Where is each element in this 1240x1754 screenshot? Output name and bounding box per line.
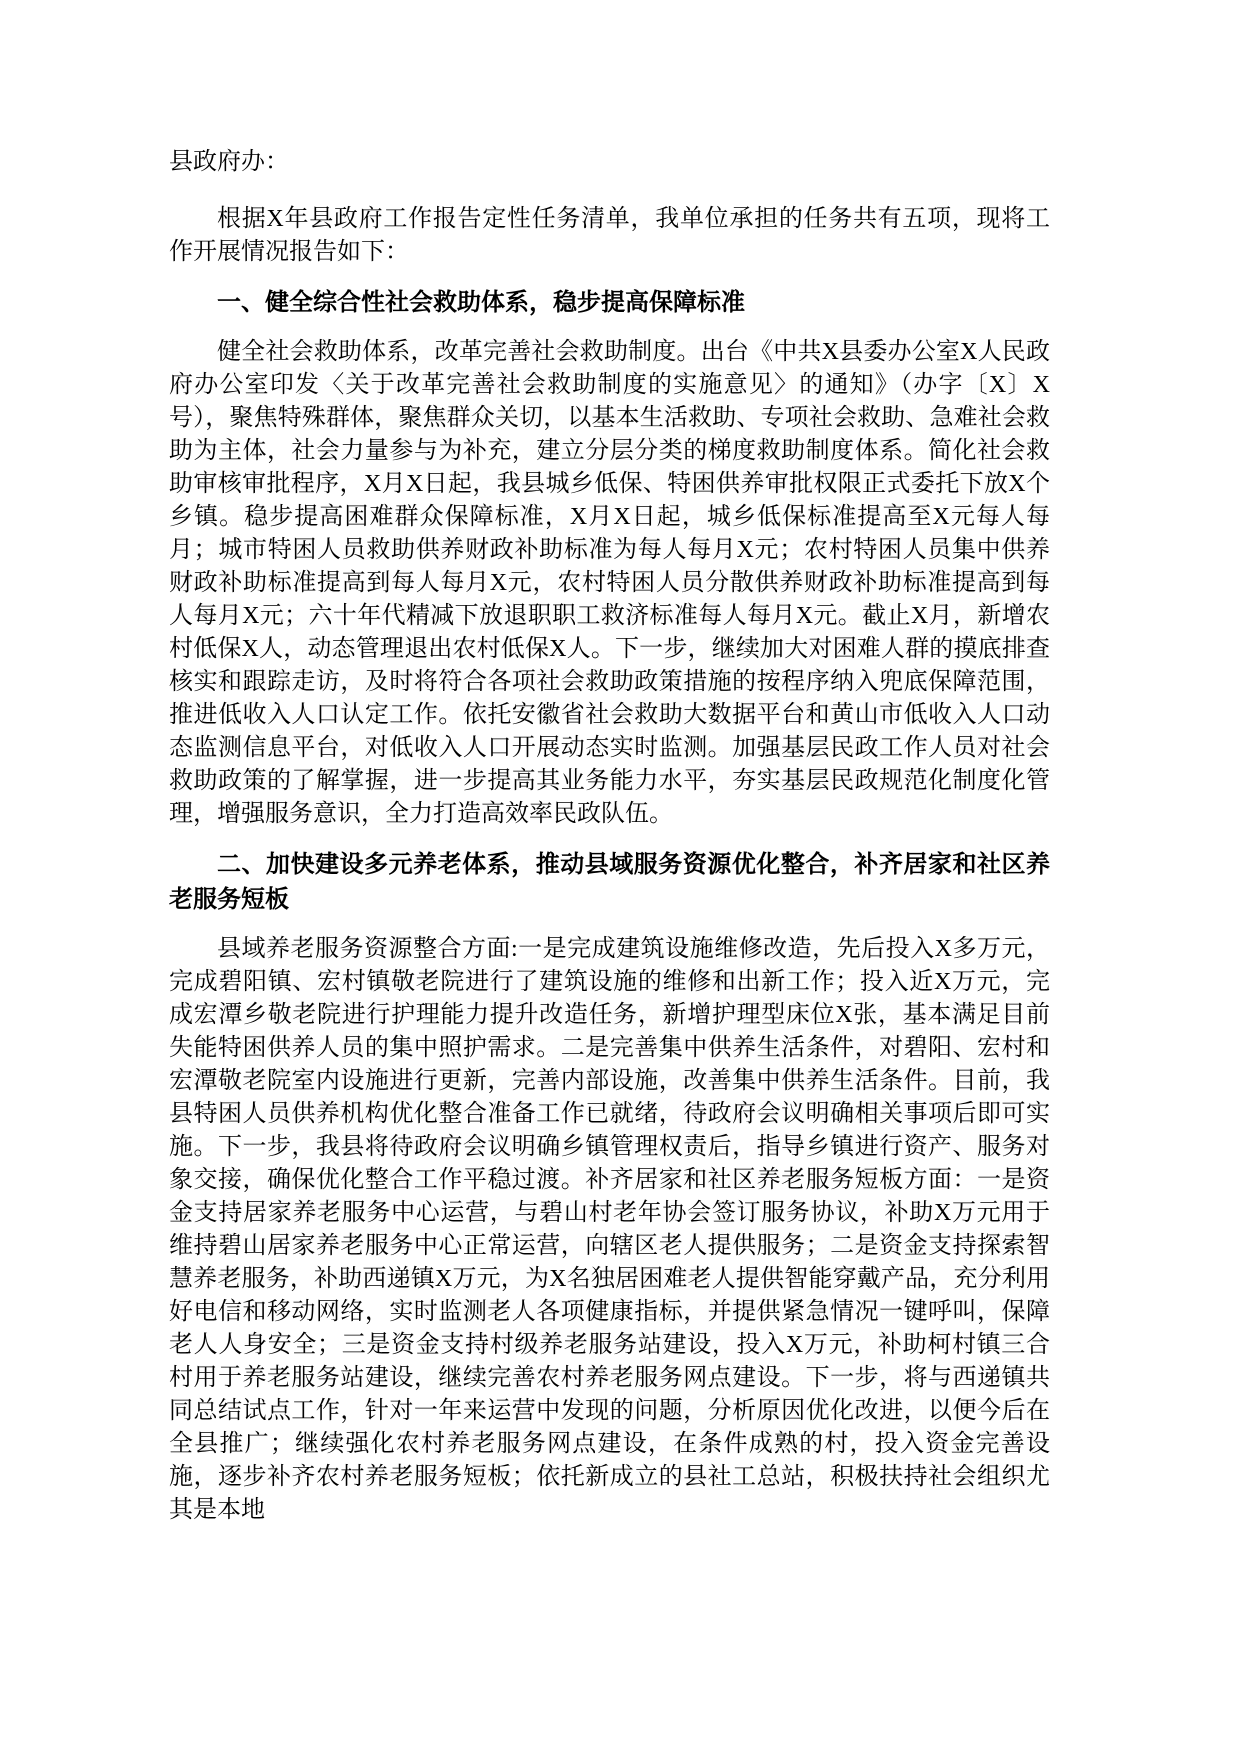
section-1-body: 健全社会救助体系，改革完善社会救助制度。出台《中共X县委办公室X人民政府办公室印… <box>169 336 1050 831</box>
section-2-heading: 二、加快建设多元养老体系，推动县域服务资源优化整合，补齐居家和社区养老服务短板 <box>169 847 1050 917</box>
document-page: 县政府办： 根据X年县政府工作报告定性任务清单，我单位承担的任务共有五项，现将工… <box>0 0 1240 1754</box>
intro-paragraph: 根据X年县政府工作报告定性任务清单，我单位承担的任务共有五项，现将工作开展情况报… <box>169 203 1050 269</box>
section-2-body: 县域养老服务资源整合方面:一是完成建筑设施维修改造，先后投入X多万元，完成碧阳镇… <box>169 933 1050 1527</box>
section-1-heading: 一、健全综合性社会救助体系，稳步提高保障标准 <box>169 285 1050 320</box>
document-content: 县政府办： 根据X年县政府工作报告定性任务清单，我单位承担的任务共有五项，现将工… <box>169 146 1050 1527</box>
salutation: 县政府办： <box>169 146 1050 179</box>
